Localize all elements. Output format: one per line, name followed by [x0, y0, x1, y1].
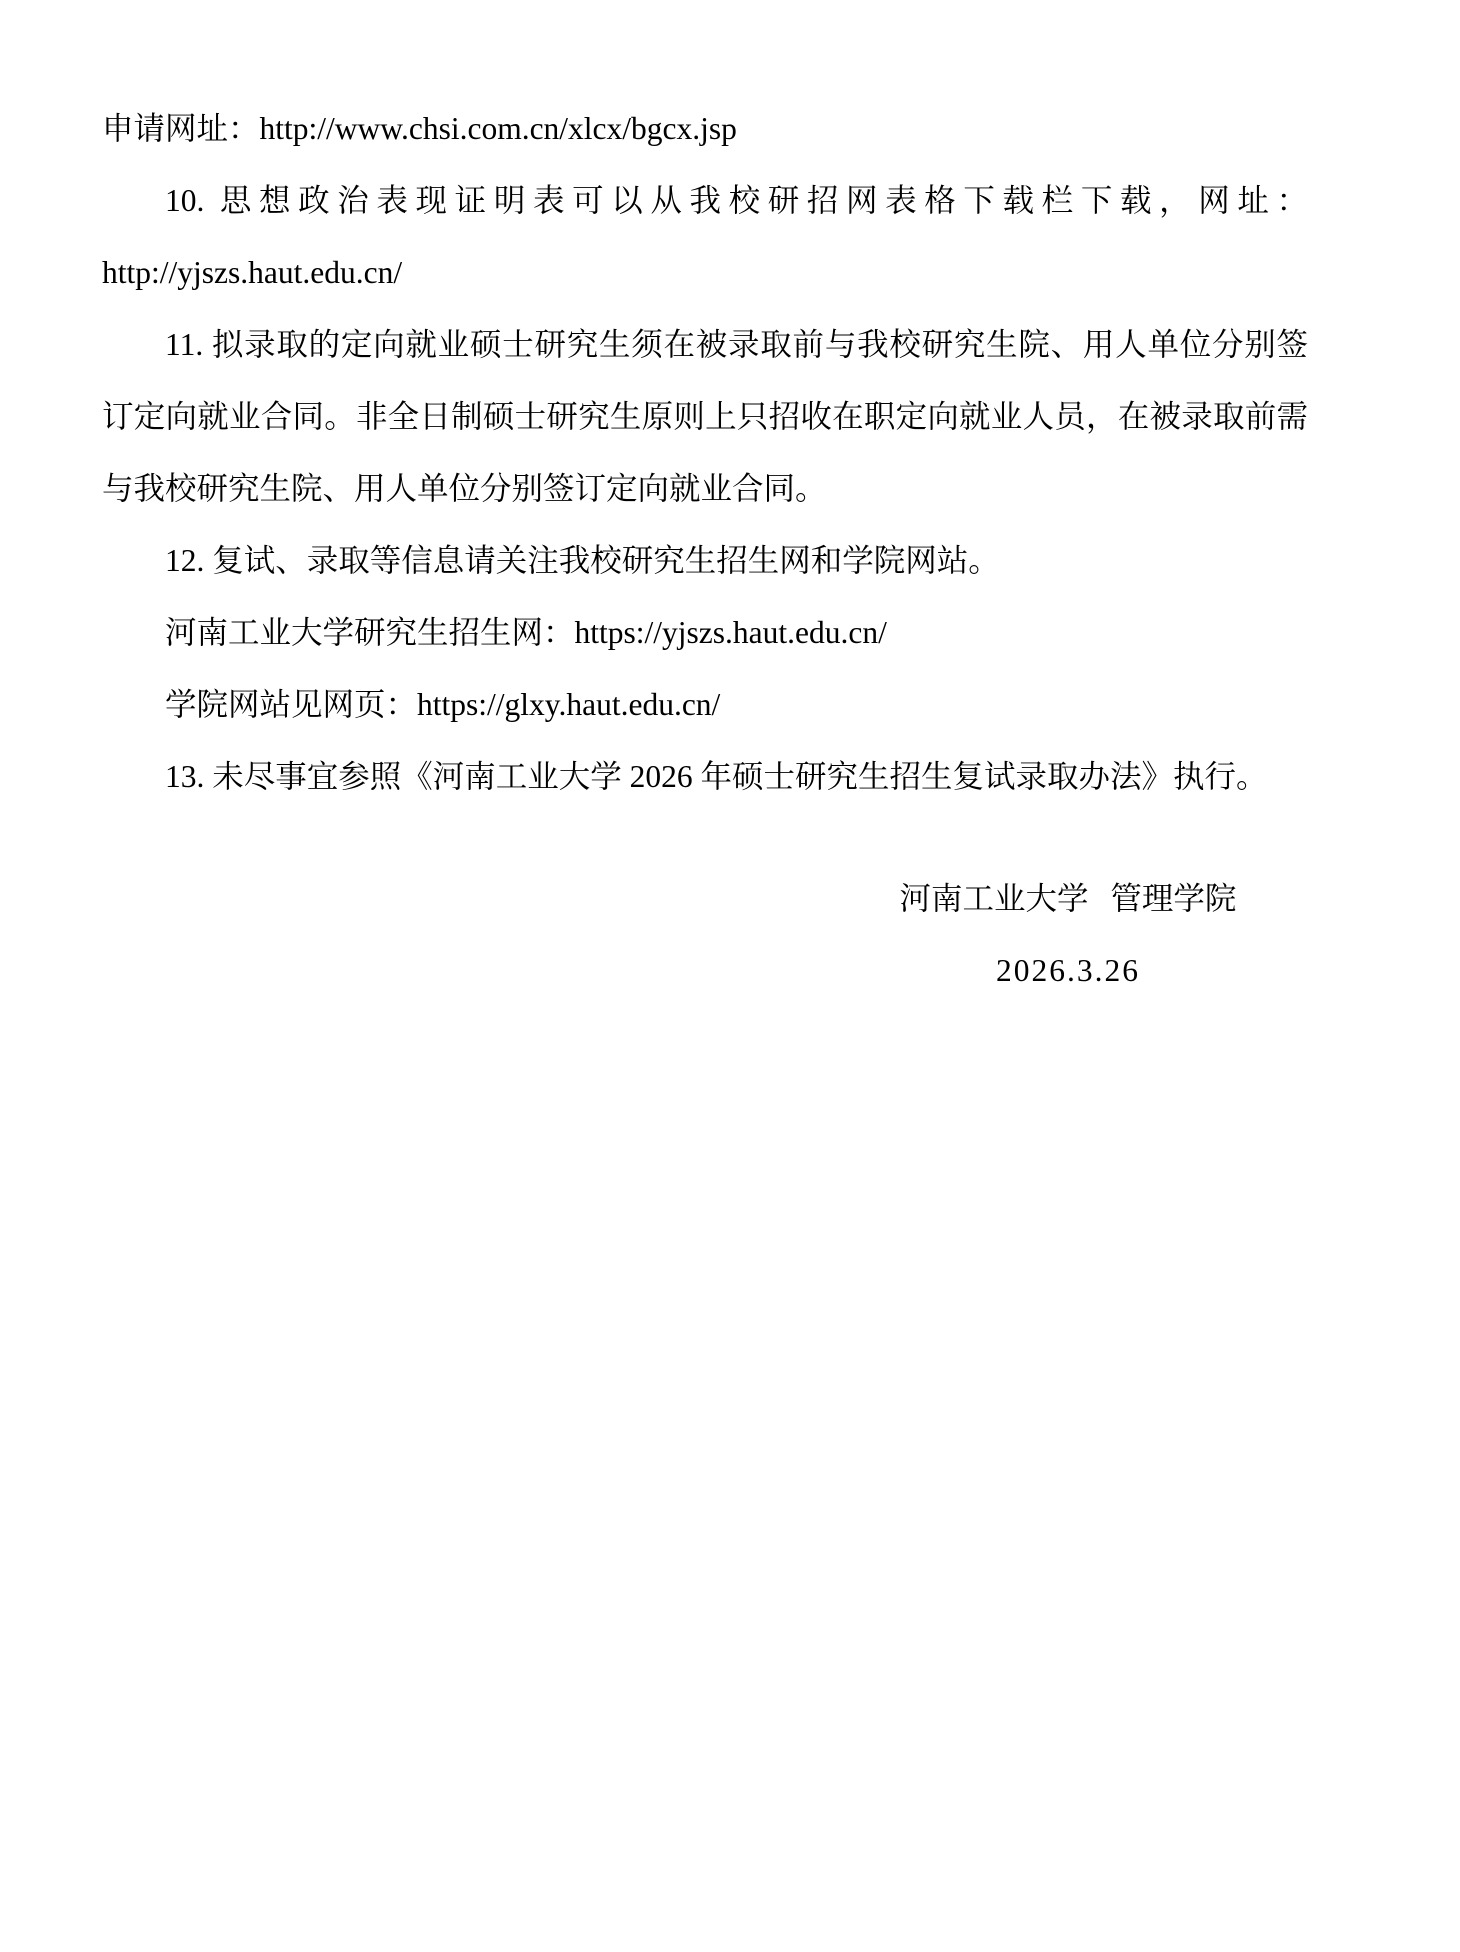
item-10-text: 10. 思想政治表现证明表可以从我校研招网表格下载栏下载，网址：: [165, 183, 1308, 218]
paragraph-item-11: 11. 拟录取的定向就业硕士研究生须在被录取前与我校研究生院、用人单位分别签订定…: [102, 309, 1308, 525]
document-page: 申请网址：http://www.chsi.com.cn/xlcx/bgcx.js…: [0, 0, 1460, 1952]
chsi-application-url: http://www.chsi.com.cn/xlcx/bgcx.jsp: [260, 111, 737, 146]
item-12-text: 12. 复试、录取等信息请关注我校研究生招生网和学院网站。: [165, 543, 1000, 578]
grad-admissions-site-url: https://yjszs.haut.edu.cn/: [575, 615, 887, 650]
signature-block: 河南工业大学 管理学院 2026.3.26: [768, 863, 1368, 1007]
item-11-text: 11. 拟录取的定向就业硕士研究生须在被录取前与我校研究生院、用人单位分别签订定…: [102, 327, 1308, 506]
college-site-label: 学院网站见网页：: [165, 687, 417, 722]
paragraph-application-url: 申请网址：http://www.chsi.com.cn/xlcx/bgcx.js…: [102, 93, 1308, 165]
grad-admissions-download-url: http://yjszs.haut.edu.cn/: [102, 255, 402, 290]
application-url-label: 申请网址：: [102, 111, 260, 146]
paragraph-item-12: 12. 复试、录取等信息请关注我校研究生招生网和学院网站。: [102, 525, 1308, 597]
college-site-url: https://glxy.haut.edu.cn/: [417, 687, 720, 722]
signature-organization: 河南工业大学 管理学院: [768, 863, 1368, 935]
item-13-text: 13. 未尽事宜参照《河南工业大学 2026 年硕士研究生招生复试录取办法》执行…: [165, 759, 1268, 794]
paragraph-grad-admissions-site: 河南工业大学研究生招生网：https://yjszs.haut.edu.cn/: [102, 597, 1308, 669]
grad-admissions-site-label: 河南工业大学研究生招生网：: [165, 615, 575, 650]
signature-date: 2026.3.26: [768, 935, 1368, 1007]
paragraph-college-site: 学院网站见网页：https://glxy.haut.edu.cn/: [102, 669, 1308, 741]
paragraph-item-13: 13. 未尽事宜参照《河南工业大学 2026 年硕士研究生招生复试录取办法》执行…: [102, 741, 1308, 813]
paragraph-item-10: 10. 思想政治表现证明表可以从我校研招网表格下载栏下载，网址：http://y…: [102, 165, 1308, 309]
